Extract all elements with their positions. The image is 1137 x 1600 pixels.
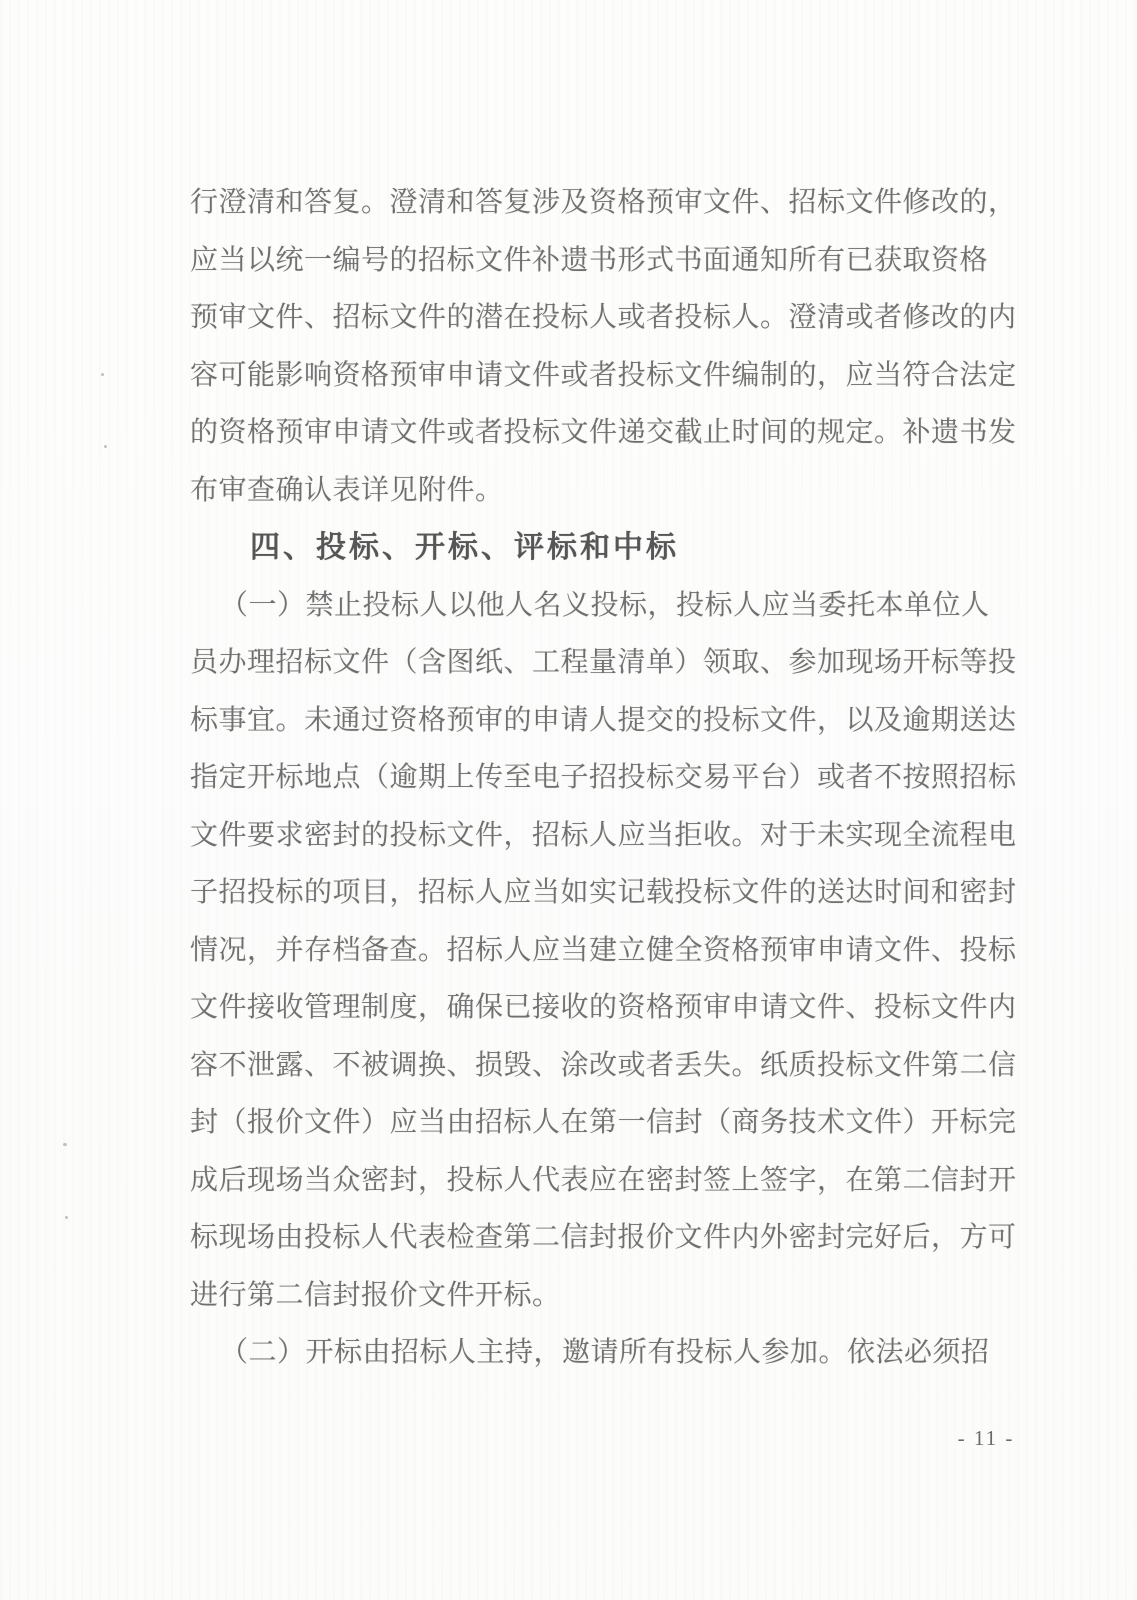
scan-speck — [101, 373, 104, 376]
scan-speck — [65, 1216, 68, 1219]
paragraph-line: 情况，并存档备查。招标人应当建立健全资格预审申请文件、投标 — [190, 922, 1050, 980]
scan-speck — [104, 445, 107, 448]
section-heading: 四、投标、开标、评标和中标 — [190, 519, 1050, 577]
document-body: 行澄清和答复。澄清和答复涉及资格预审文件、招标文件修改的， 应当以统一编号的招标… — [190, 174, 1050, 1382]
paragraph-line: 预审文件、招标文件的潜在投标人或者投标人。澄清或者修改的内 — [190, 289, 1050, 347]
paragraph-line: 文件接收管理制度，确保已接收的资格预审申请文件、投标文件内 — [190, 979, 1050, 1037]
paragraph-line: 容不泄露、不被调换、损毁、涂改或者丢失。纸质投标文件第二信 — [190, 1037, 1050, 1095]
paragraph-line: 容可能影响资格预审申请文件或者投标文件编制的，应当符合法定 — [190, 347, 1050, 405]
paragraph-line: 标现场由投标人代表检查第二信封报价文件内外密封完好后，方可 — [190, 1209, 1050, 1267]
paragraph-line: 布审查确认表详见附件。 — [190, 462, 1050, 520]
scan-speck — [63, 1143, 67, 1146]
paragraph-line: 子招投标的项目，招标人应当如实记载投标文件的送达时间和密封 — [190, 864, 1050, 922]
paragraph-line: 指定开标地点（逾期上传至电子招投标交易平台）或者不按照招标 — [190, 749, 1050, 807]
paragraph-line: 行澄清和答复。澄清和答复涉及资格预审文件、招标文件修改的， — [190, 174, 1050, 232]
paragraph-line: （一）禁止投标人以他人名义投标，投标人应当委托本单位人 — [190, 577, 1050, 635]
scanned-document-page: 行澄清和答复。澄清和答复涉及资格预审文件、招标文件修改的， 应当以统一编号的招标… — [0, 0, 1137, 1600]
paragraph-line: 应当以统一编号的招标文件补遗书形式书面通知所有已获取资格 — [190, 232, 1050, 290]
paragraph-line: （二）开标由招标人主持，邀请所有投标人参加。依法必须招 — [190, 1324, 1050, 1382]
paragraph-line: 的资格预审申请文件或者投标文件递交截止时间的规定。补遗书发 — [190, 404, 1050, 462]
paragraph-line: 封（报价文件）应当由招标人在第一信封（商务技术文件）开标完 — [190, 1094, 1050, 1152]
paragraph-line: 成后现场当众密封，投标人代表应在密封签上签字，在第二信封开 — [190, 1152, 1050, 1210]
page-number: - 11 - — [938, 1426, 1034, 1451]
paragraph-line: 进行第二信封报价文件开标。 — [190, 1267, 1050, 1325]
paragraph-line: 标事宜。未通过资格预审的申请人提交的投标文件，以及逾期送达 — [190, 692, 1050, 750]
paragraph-line: 文件要求密封的投标文件，招标人应当拒收。对于未实现全流程电 — [190, 807, 1050, 865]
paragraph-line: 员办理招标文件（含图纸、工程量清单）领取、参加现场开标等投 — [190, 634, 1050, 692]
